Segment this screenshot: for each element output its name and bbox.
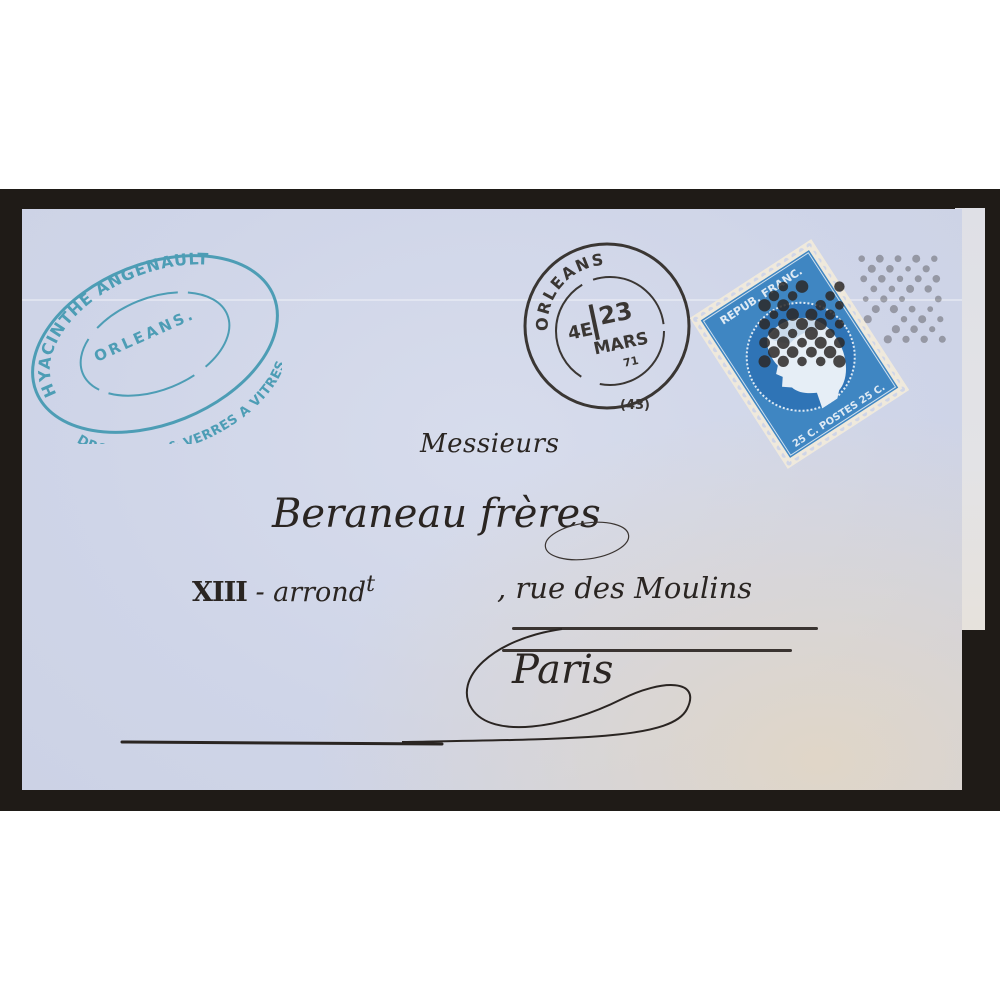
cachet-town: ORLEANS. (91, 305, 198, 366)
district: XIII - arrondt (192, 571, 375, 608)
underline-stroke (512, 627, 818, 630)
district-text: - arrond (255, 577, 366, 608)
datestamp-month: MARS (592, 328, 650, 359)
district-suffix: t (366, 571, 375, 597)
datestamp-department: (43) (620, 398, 650, 413)
city: Paris (512, 647, 613, 693)
orleans-datestamp: ORLEANS 4E 23 MARS 71 (43) (520, 239, 695, 414)
salutation: Messieurs (420, 429, 559, 459)
street: , rue des Moulins (497, 571, 752, 605)
addressee: Beraneau frères (272, 491, 601, 537)
datestamp-time: 4E (566, 319, 595, 345)
letter-sheet: HYACINTHE ANGENAULT ORLEANS. DROGUERIE &… (22, 209, 962, 790)
datestamp-year: 71 (622, 354, 640, 370)
dotted-lozenge-cancel (742, 229, 962, 429)
datestamp-day: 23 (596, 296, 634, 330)
merchant-cachet: HYACINTHE ANGENAULT ORLEANS. DROGUERIE &… (27, 244, 282, 444)
district-numeral: XIII (192, 577, 247, 608)
